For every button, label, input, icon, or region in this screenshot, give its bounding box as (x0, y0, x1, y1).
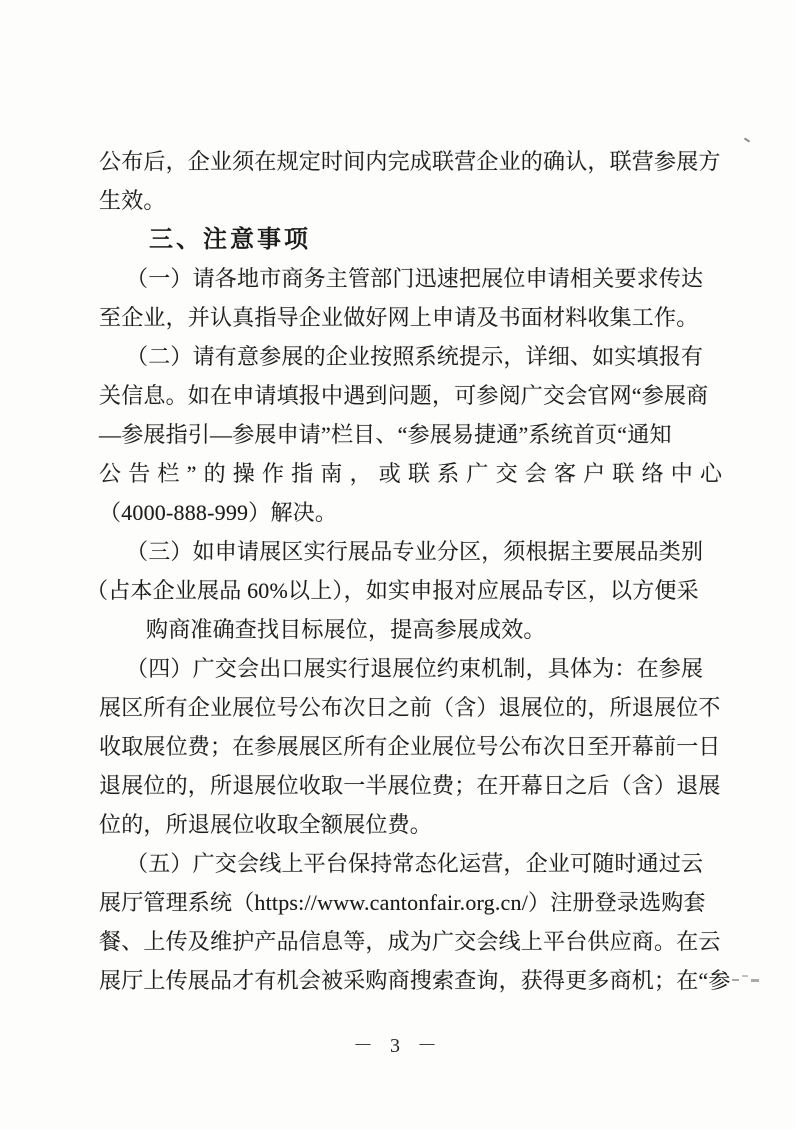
text-line: （五）广交会线上平台保持常态化运营，企业可随时通过云 (99, 844, 721, 883)
text-line: 餐、上传及维护产品信息等，成为广交会线上平台供应商。在云 (99, 922, 721, 961)
scan-speck (751, 979, 759, 982)
text-line: 公布后，企业须在规定时间内完成联营企业的确认，联营参展方 (99, 142, 721, 181)
text-line: 展厅管理系统（https://www.cantonfair.org.cn/）注册… (99, 883, 721, 922)
text-line: 展厅上传展品才有机会被采购商搜索查询，获得更多商机；在“参 (99, 961, 721, 1000)
document-body: 公布后，企业须在规定时间内完成联营企业的确认，联营参展方 生效。 三、注意事项 … (99, 142, 721, 1000)
text-line: —参展指引—参展申请”栏目、“参展易捷通”系统首页“通知 (99, 415, 721, 454)
page-number: － 3 － (0, 1029, 796, 1058)
section-heading: 三、注意事项 (99, 220, 721, 259)
text-line: 购商准确查找目标展位，提高参展成效。 (99, 610, 721, 649)
text-line: 关信息。如在申请填报中遇到问题，可参阅广交会官网“参展商 (99, 376, 721, 415)
scan-speck (732, 979, 739, 981)
text-line: 生效。 (99, 181, 721, 220)
text-line: （二）请有意参展的企业按照系统提示，详细、如实填报有 (99, 337, 721, 376)
text-line: 至企业，并认真指导企业做好网上申请及书面材料收集工作。 (99, 298, 721, 337)
scanned-document-page: 公布后，企业须在规定时间内完成联营企业的确认，联营参展方 生效。 三、注意事项 … (0, 0, 796, 1129)
text-line: 收取展位费；在参展展区所有企业展位号公布次日至开幕前一日 (99, 727, 721, 766)
scan-speck (744, 138, 750, 143)
text-line: （四）广交会出口展实行退展位约束机制，具体为：在参展 (99, 649, 721, 688)
text-line: 公告栏”的操作指南，或联系广交会客户联络中心 (99, 454, 721, 493)
text-line: 位的，所退展位收取全额展位费。 (99, 805, 721, 844)
text-line: （三）如申请展区实行展品专业分区，须根据主要展品类别 (99, 532, 721, 571)
scan-speck (742, 975, 748, 977)
text-line: 展区所有企业展位号公布次日之前（含）退展位的，所退展位不 (99, 688, 721, 727)
text-line: 退展位的，所退展位收取一半展位费；在开幕日之后（含）退展 (99, 766, 721, 805)
text-line: （4000-888-999）解决。 (99, 493, 721, 532)
text-line: （一）请各地市商务主管部门迅速把展位申请相关要求传达 (99, 259, 721, 298)
text-line: （占本企业展品 60%以上），如实申报对应展品专区，以方便采 (86, 571, 721, 610)
